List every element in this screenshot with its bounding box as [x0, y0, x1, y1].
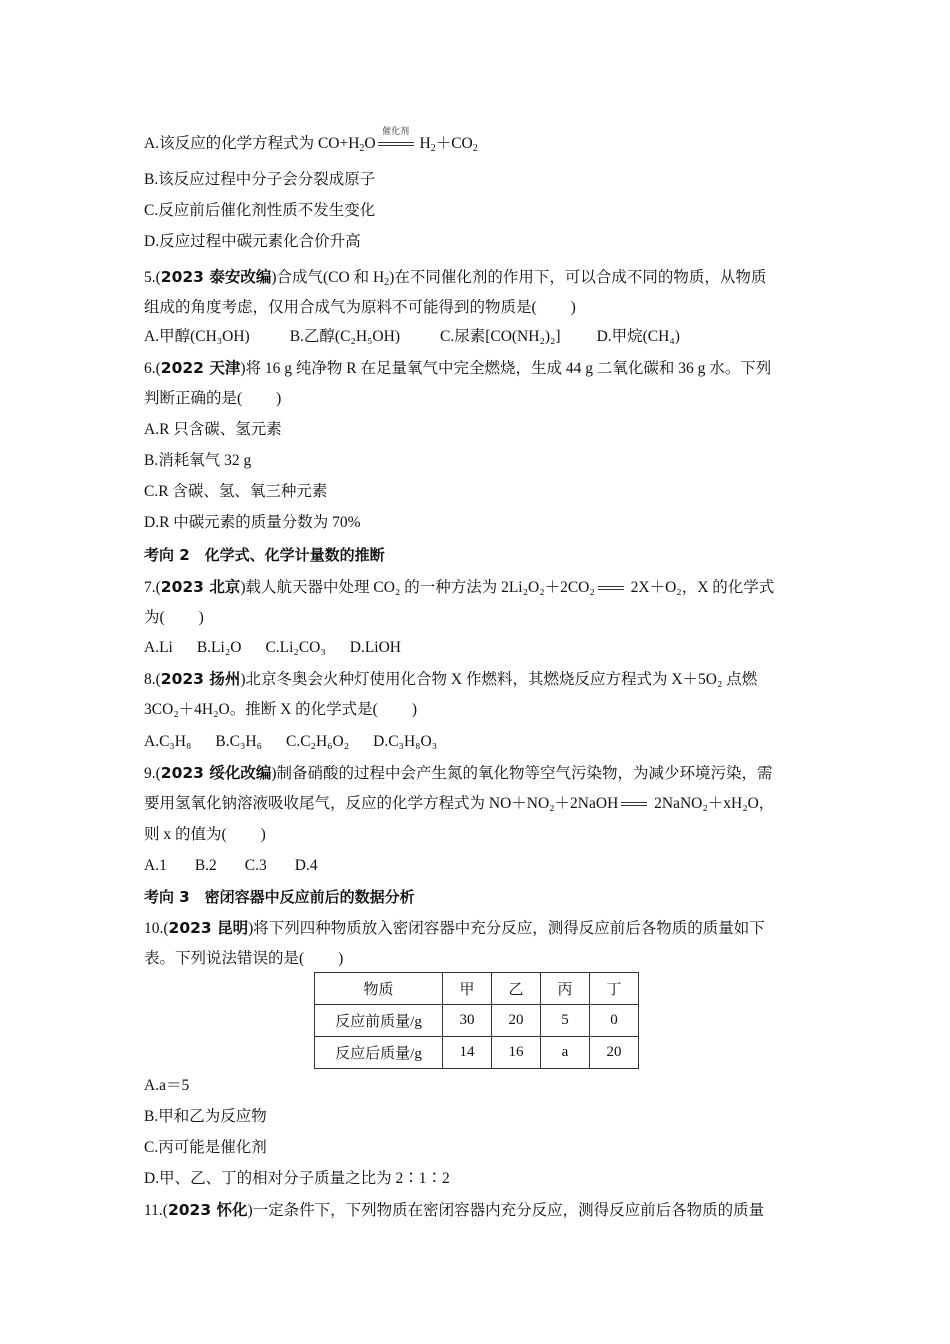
q10-line1: 10.(2023 昆明)将下列四种物质放入密闭容器中充分反应，测得反应前后各物质… [144, 918, 765, 939]
q9-option-b: B.2 [195, 856, 217, 876]
table-header-cell: 甲 [443, 973, 492, 1005]
q8-paren: ) [412, 701, 417, 718]
section-heading-2: 考向 2 化学式、化学计量数的推断 [144, 545, 385, 565]
q4-a-text: A.该反应的化学方程式为 CO+H [144, 135, 359, 152]
table-cell: 反应前质量/g [315, 1005, 443, 1037]
table-cell: 16 [492, 1037, 541, 1069]
q10-option-b: B.甲和乙为反应物 [144, 1107, 267, 1127]
q8-option-b: B.C₃H₆ [215, 732, 262, 752]
q9-option-d: D.4 [295, 856, 318, 876]
q11-line1: 11.(2023 怀化)一定条件下，下列物质在密闭容器内充分反应，测得反应前后各… [144, 1200, 764, 1221]
q6-line2: 判断正确的是() [144, 389, 281, 409]
table-cell: 反应后质量/g [315, 1037, 443, 1069]
catalyst-label: 催化剂 [376, 122, 416, 142]
q6-paren: ) [276, 390, 281, 407]
table-row: 反应前质量/g 30 20 5 0 [315, 1005, 639, 1037]
q9-line1: 9.(2023 绥化改编)制备硝酸的过程中会产生氮的氧化物等空气污染物，为减少环… [144, 763, 773, 784]
q8-options: A.C₃H₈B.C₃H₆C.C₂H₆O₂D.C₃H₈O₃ [144, 732, 473, 752]
q10-source: 2023 昆明 [169, 919, 249, 937]
q9-line2: 要用氢氧化钠溶液吸收尾气，反应的化学方程式为 NO＋NO₂＋2NaOH 2NaN… [144, 794, 774, 814]
q10-paren: ) [338, 950, 343, 967]
q8-number: 8.( [144, 671, 161, 688]
q9-text2b: 2NaNO₂＋xH₂O， [650, 795, 774, 812]
catalyst-arrow: 催化剂 [376, 134, 416, 154]
q7-option-d: D.LiOH [350, 638, 401, 658]
q7-number: 7.( [144, 579, 161, 596]
q5-option-b: B.乙醇(C₂H₅OH) [290, 327, 400, 347]
q6-option-d: D.R 中碳元素的质量分数为 70% [144, 513, 361, 533]
q7-text1b: 2X＋O₂，X 的化学式 [627, 579, 775, 596]
equals-sign [598, 586, 624, 590]
q10-number: 10.( [144, 920, 169, 937]
q10-option-a: A.a＝5 [144, 1076, 189, 1096]
table-cell: 0 [590, 1005, 639, 1037]
q5-source: 2023 泰安改编 [161, 268, 272, 286]
q8-text1: )北京冬奥会火种灯使用化合物 X 作燃料，其燃烧反应方程式为 X＋5O₂ 点燃 [240, 671, 757, 688]
q4-option-d: D.反应过程中碳元素化合价升高 [144, 232, 361, 252]
q7-options: A.LiB.Li₂OC.Li₂CO₃D.LiOH [144, 638, 437, 658]
table-header-cell: 丁 [590, 973, 639, 1005]
table-header-cell: 乙 [492, 973, 541, 1005]
q7-paren: ) [199, 609, 204, 626]
q5-line2: 组成的角度考虑，仅用合成气为原料不可能得到的物质是() [144, 298, 576, 318]
q9-number: 9.( [144, 765, 161, 782]
table-row: 反应后质量/g 14 16 a 20 [315, 1037, 639, 1069]
q6-line1: 6.(2022 天津)将 16 g 纯净物 R 在足量氧气中完全燃烧，生成 44… [144, 358, 771, 379]
q7-text1: )载人航天器中处理 CO₂ 的一种方法为 2Li₂O₂＋2CO₂ [240, 579, 594, 596]
q9-options: A.1B.2C.3D.4 [144, 856, 354, 876]
q11-text1: )一定条件下，下列物质在密闭容器内充分反应，测得反应前后各物质的质量 [248, 1202, 765, 1219]
q9-line3: 则 x 的值为() [144, 825, 266, 845]
sub-2: 2 [473, 143, 478, 154]
table-cell: 30 [443, 1005, 492, 1037]
double-line [378, 142, 414, 146]
q4-option-b: B.该反应过程中分子会分裂成原子 [144, 170, 375, 190]
table-cell: 5 [541, 1005, 590, 1037]
mass-table: 物质 甲 乙 丙 丁 反应前质量/g 30 20 5 0 反应后质量/g 14 … [314, 972, 639, 1069]
q9-option-a: A.1 [144, 856, 167, 876]
q6-source: 2022 天津 [161, 359, 241, 377]
q4-option-c: C.反应前后催化剂性质不发生变化 [144, 201, 375, 221]
q10-option-c: C.丙可能是催化剂 [144, 1138, 267, 1158]
q8-option-c: C.C₂H₆O₂ [286, 732, 349, 752]
q4-a-after: H [416, 135, 431, 152]
table-header-cell: 丙 [541, 973, 590, 1005]
q7-line1: 7.(2023 北京)载人航天器中处理 CO₂ 的一种方法为 2Li₂O₂＋2C… [144, 577, 774, 598]
q10-text1: )将下列四种物质放入密闭容器中充分反应，测得反应前后各物质的质量如下 [248, 920, 765, 937]
q9-source: 2023 绥化改编 [161, 764, 272, 782]
q6-text2: 判断正确的是( [144, 390, 242, 407]
q5-option-d: D.甲烷(CH₄) [597, 327, 680, 347]
table-header-row: 物质 甲 乙 丙 丁 [315, 973, 639, 1005]
q7-option-a: A.Li [144, 638, 173, 658]
q8-option-a: A.C₃H₈ [144, 732, 191, 752]
q7-line2: 为() [144, 608, 204, 628]
table-cell: a [541, 1037, 590, 1069]
q8-line2: 3CO₂＋4H₂O。推断 X 的化学式是() [144, 700, 417, 720]
q10-text2: 表。下列说法错误的是( [144, 950, 304, 967]
q5-line1: 5.(2023 泰安改编)合成气(CO 和 H2)在不同催化剂的作用下，可以合成… [144, 267, 766, 288]
q7-source: 2023 北京 [161, 578, 241, 596]
q10-option-d: D.甲、乙、丁的相对分子质量之比为 2∶1∶2 [144, 1169, 450, 1189]
table-header-cell: 物质 [315, 973, 443, 1005]
q9-option-c: C.3 [245, 856, 267, 876]
section-heading-3: 考向 3 密闭容器中反应前后的数据分析 [144, 887, 415, 907]
q4-a-mid: O [364, 135, 375, 152]
q8-line1: 8.(2023 扬州)北京冬奥会火种灯使用化合物 X 作燃料，其燃烧反应方程式为… [144, 669, 757, 690]
q5-option-a: A.甲醇(CH₃OH) [144, 327, 250, 347]
q6-number: 6.( [144, 360, 161, 377]
q11-number: 11.( [144, 1202, 168, 1219]
q6-option-a: A.R 只含碳、氢元素 [144, 420, 282, 440]
q6-option-c: C.R 含碳、氢、氧三种元素 [144, 482, 327, 502]
q5-option-c: C.尿素[CO(NH₂)₂] [440, 327, 561, 347]
q7-option-b: B.Li₂O [197, 638, 242, 658]
q6-option-b: B.消耗氧气 32 g [144, 451, 251, 471]
equals-sign [621, 802, 647, 806]
q5-text1: )合成气(CO 和 H [271, 269, 384, 286]
q6-text1: )将 16 g 纯净物 R 在足量氧气中完全燃烧，生成 44 g 二氧化碳和 3… [240, 360, 771, 377]
q5-paren: ) [571, 299, 576, 316]
q4-a-tail: ＋CO [436, 135, 473, 152]
q5-options: A.甲醇(CH₃OH)B.乙醇(C₂H₅OH)C.尿素[CO(NH₂)₂]D.甲… [144, 327, 716, 347]
q9-text3: 则 x 的值为( [144, 826, 227, 843]
q5-text1b: )在不同催化剂的作用下，可以合成不同的物质，从物质 [389, 269, 766, 286]
table-cell: 20 [590, 1037, 639, 1069]
q9-text2: 要用氢氧化钠溶液吸收尾气，反应的化学方程式为 NO＋NO₂＋2NaOH [144, 795, 618, 812]
q5-number: 5.( [144, 269, 161, 286]
table-cell: 14 [443, 1037, 492, 1069]
q7-option-c: C.Li₂CO₃ [265, 638, 325, 658]
q9-paren: ) [261, 826, 266, 843]
q11-source: 2023 怀化 [168, 1201, 248, 1219]
table-cell: 20 [492, 1005, 541, 1037]
q4-option-a: A.该反应的化学方程式为 CO+H2O催化剂 H2＋CO2 [144, 134, 478, 154]
q7-text2: 为( [144, 609, 165, 626]
q8-option-d: D.C₃H₈O₃ [373, 732, 437, 752]
q10-line2: 表。下列说法错误的是() [144, 949, 343, 969]
q8-text2: 3CO₂＋4H₂O。推断 X 的化学式是( [144, 701, 378, 718]
q5-text2: 组成的角度考虑，仅用合成气为原料不可能得到的物质是( [144, 299, 537, 316]
q9-text1: )制备硝酸的过程中会产生氮的氧化物等空气污染物，为减少环境污染，需 [271, 765, 772, 782]
q8-source: 2023 扬州 [161, 670, 241, 688]
